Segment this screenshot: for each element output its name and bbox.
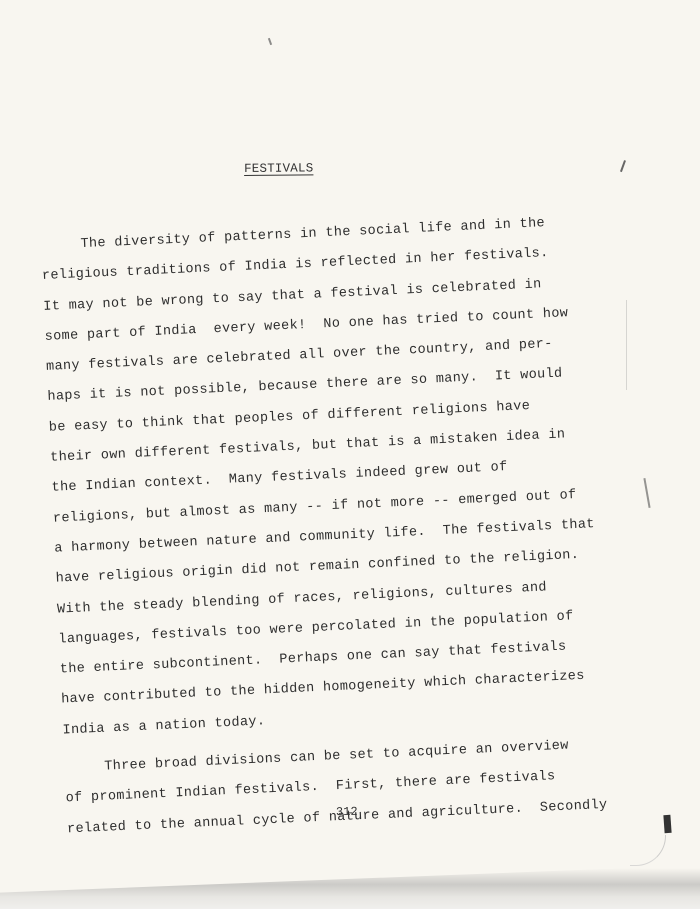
scanned-page: FESTIVALS The diversity of patterns in t… [0,0,700,909]
page-title: FESTIVALS [244,161,313,176]
page-number: 312 [336,805,358,819]
page-corner-curl [630,835,666,866]
scan-bottom-shadow [0,868,700,909]
binder-clip-mark [663,815,671,833]
paragraph-1: The diversity of patterns in the social … [40,207,623,747]
scan-artifact-mark [626,300,627,390]
body-text: The diversity of patterns in the social … [40,207,627,846]
scan-artifact-mark [620,160,626,172]
scan-artifact-mark [643,478,650,508]
scan-artifact-mark [268,38,272,45]
